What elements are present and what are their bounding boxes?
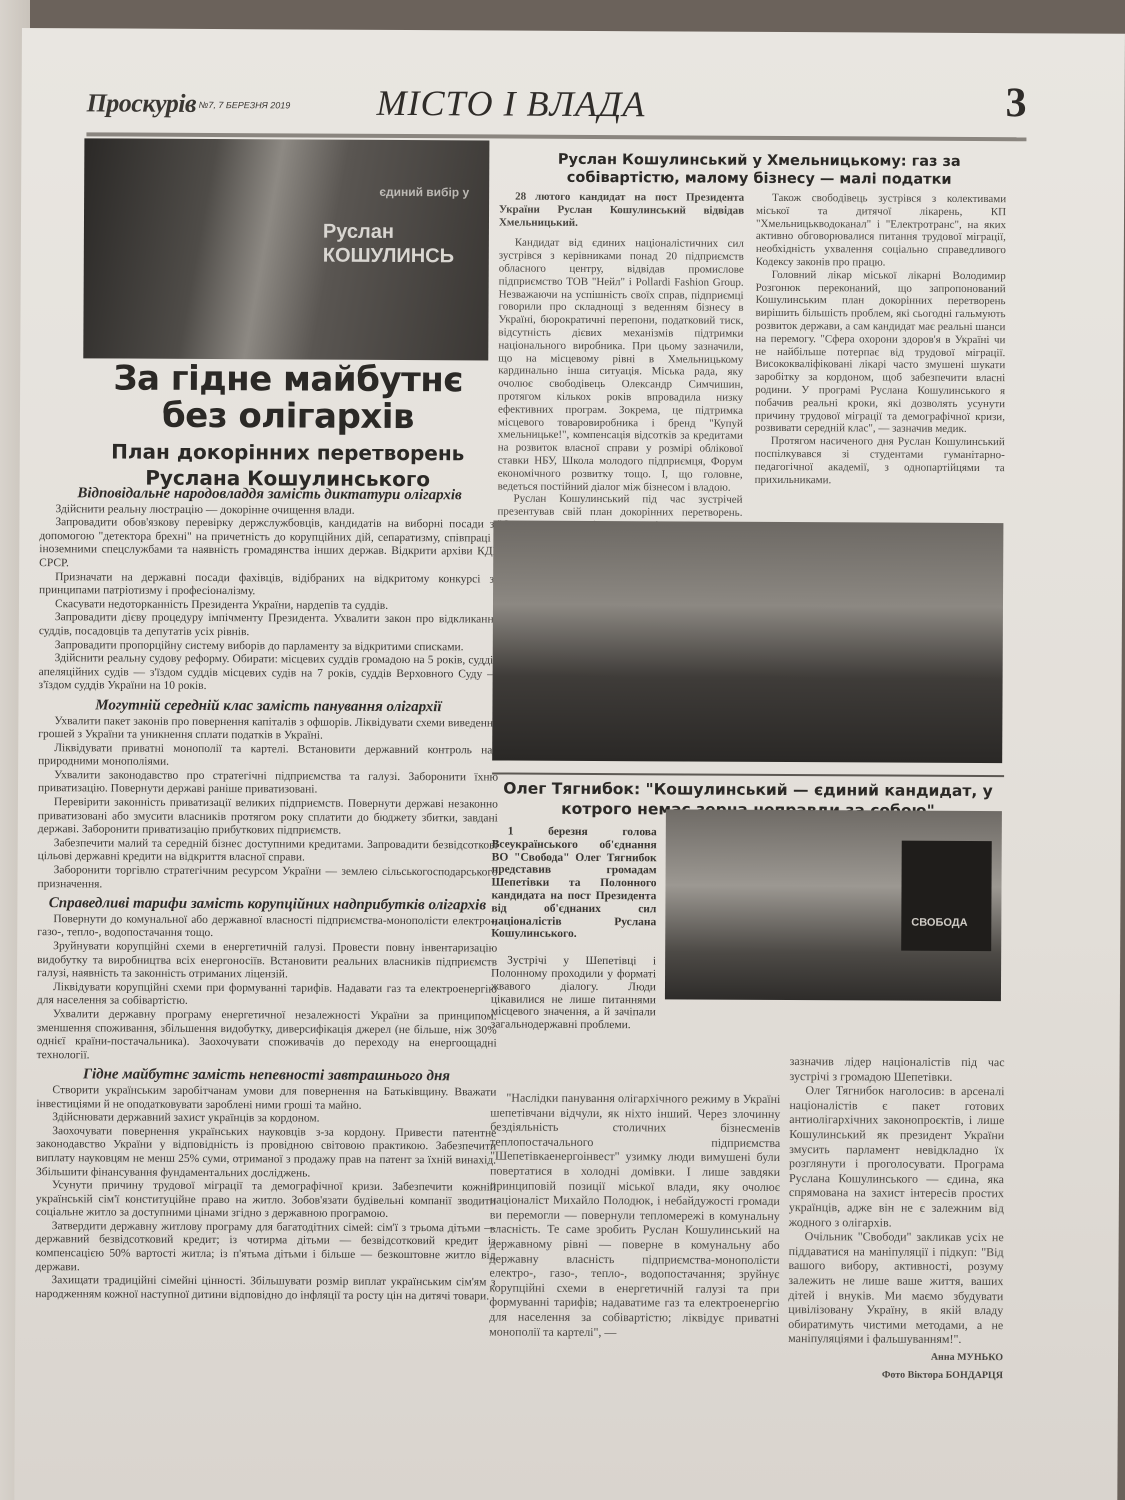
page-header: Проскурів №7, 7 БЕРЕЗНЯ 2019 МІСТО І ВЛА… [86, 78, 1006, 133]
paragraph: Заборонити торгівлю стратегічним ресурсо… [37, 864, 497, 894]
paragraph: Створити українським заробітчанам умови … [36, 1084, 496, 1114]
paragraph: Олег Тягнибок наголосив: в арсеналі наці… [789, 1083, 1005, 1230]
paragraph: Повернути до комунальної або державної в… [37, 913, 497, 943]
paragraph: Ухвалити державну програму енергетичної … [37, 1008, 497, 1065]
paragraph: Зустрічі у Шепетівці і Полонному проходи… [491, 955, 656, 1033]
main-headline: За гідне майбутнє без олігархів [83, 360, 493, 436]
candidate-photo: єдиний вибір у Руслан КОШУЛИНСЬ [83, 138, 489, 360]
newspaper-page: Проскурів №7, 7 БЕРЕЗНЯ 2019 МІСТО І ВЛА… [14, 28, 1125, 1500]
photo-credit: Фото Віктора БОНДАРЦЯ [788, 1368, 1003, 1384]
khmelnytskyi-column-2: Також свободівець зустрівся з колективам… [755, 192, 1007, 488]
flag-text: СВОБОДА [911, 917, 967, 929]
newspaper-masthead: Проскурів [87, 88, 197, 119]
paragraph: зазначив лідер націоналістів під час зус… [789, 1054, 1004, 1084]
paragraph: Зруйнувати корупційні схеми в енергетичн… [37, 940, 497, 983]
section-heading: Могутній середній клас замість панування… [38, 699, 498, 715]
svoboda-flag: СВОБОДА [901, 841, 992, 951]
paragraph: Призначати на державні посади фахівців, … [39, 571, 499, 601]
paragraph: Заохочувати повернення українських науко… [36, 1125, 496, 1182]
issue-info: №7, 7 БЕРЕЗНЯ 2019 [199, 100, 291, 110]
paragraph: Головний лікар міської лікарні Володимир… [755, 269, 1006, 437]
paragraph: Здійснити реальну судову реформу. Обират… [39, 652, 499, 695]
paragraph: Запровадити обов'язкову перевірку держсл… [39, 516, 499, 573]
article-lead: 28 лютого кандидат на пост Президента Ук… [499, 191, 744, 231]
program-article: Відповідальне народовладдя замість дикта… [35, 481, 499, 1304]
tyahnybok-column-2: "Наслідки панування олігархічного режиму… [489, 1090, 780, 1340]
section-heading: Відповідальне народовладдя замість дикта… [40, 487, 500, 503]
paragraph: Перевірити законність приватизації велик… [38, 796, 498, 839]
paragraph: Кандидат від єдиних націоналістичних сил… [498, 237, 744, 494]
article-lead: 1 березня голова Всеукраїнського об'єдна… [491, 825, 657, 941]
photo-banner-text: єдиний вибір у [379, 185, 469, 199]
main-headline-block: За гідне майбутнє без олігархів План док… [83, 360, 494, 492]
page-number: 3 [1005, 79, 1026, 127]
paragraph: Очільник "Свободи" закликав усіх не підд… [788, 1229, 1004, 1347]
paragraph: Запровадити дієву процедуру імпічменту П… [39, 611, 499, 641]
paragraph: Ліквідувати корупційні схеми при формува… [37, 981, 497, 1011]
paragraph: Захищати традиційні сімейні цінності. Зб… [35, 1274, 495, 1304]
paragraph: Також свободівець зустрівся з колективам… [756, 192, 1006, 270]
author-byline: Анна МУНЬКО [788, 1350, 1003, 1366]
photo-caption-text: Руслан КОШУЛИНСЬ [323, 220, 483, 269]
section-title: МІСТО І ВЛАДА [377, 82, 646, 125]
paragraph: Ухвалити пакет законів про повернення ка… [38, 715, 498, 745]
meeting-photo [492, 520, 1003, 763]
tyahnybok-photo: СВОБОДА [665, 809, 1002, 1001]
tyahnybok-column-3: зазначив лідер націоналістів під час зус… [788, 1054, 1005, 1384]
section-heading: Гідне майбутнє замість непевності завтра… [36, 1068, 496, 1084]
paragraph: Усунути причину трудової міграції та дем… [36, 1179, 496, 1222]
paragraph: Ліквідувати приватні монополії та картел… [38, 742, 498, 772]
paragraph: Протягом насиченого дня Руслан Кошулинсь… [755, 435, 1005, 487]
tyahnybok-lead: 1 березня голова Всеукраїнського об'єдна… [491, 825, 657, 1032]
paragraph: "Наслідки панування олігархічного режиму… [489, 1090, 780, 1340]
paragraph: Забезпечити малий та середній бізнес дос… [38, 837, 498, 867]
article-divider [492, 772, 1004, 777]
khmelnytskyi-headline: Руслан Кошулинський у Хмельницькому: газ… [509, 151, 1009, 190]
paragraph: Затвердити державну житлову програму для… [35, 1220, 495, 1277]
paragraph: Ухвалити законодавство про стратегічні п… [38, 769, 498, 799]
section-heading: Справедливі тарифи замість корупційних н… [37, 897, 497, 913]
